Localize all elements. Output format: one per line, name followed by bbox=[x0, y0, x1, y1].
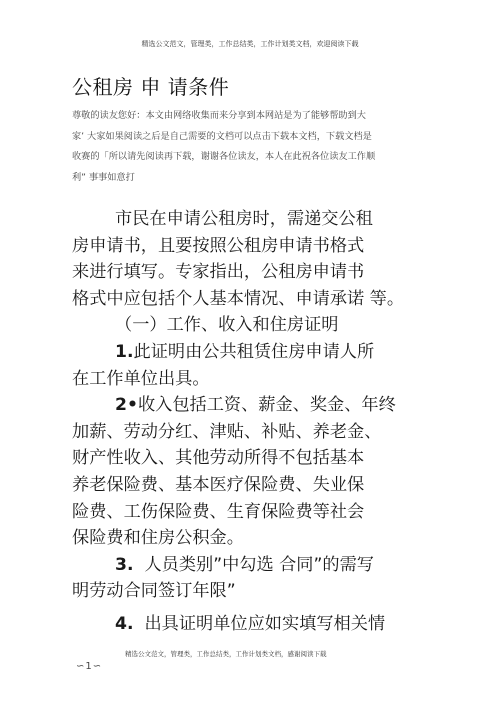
item-text: 人员类别”中勾选 合同”的需写 bbox=[144, 555, 374, 575]
item-text: 收入包括工资、薪金、奖金、年终 bbox=[138, 395, 396, 415]
item-number: 2• bbox=[115, 395, 138, 415]
body-line: 财产性收入、其他劳动所得不包括基本 bbox=[72, 445, 462, 472]
body-line: 在工作单位出具。 bbox=[72, 366, 462, 393]
item-number: 1. bbox=[115, 342, 134, 362]
body-line: 来进行填写。专家指出，公租房申请书 bbox=[72, 259, 462, 286]
item-number: 4. bbox=[115, 614, 134, 634]
document-title: 公租房 申 请条件 bbox=[72, 71, 229, 100]
body-line: 房申请书，且要按照公租房申请书格式 bbox=[72, 233, 462, 260]
page-number: ∽1∽ bbox=[76, 661, 102, 672]
section-heading: （一）工作、收入和住房证明 bbox=[72, 312, 462, 339]
intro-line: 收赛的「所以请先阅读再下载，谢谢各位读友，本人在此祝各位读友工作顺 bbox=[72, 147, 402, 168]
item-number: 3. bbox=[115, 555, 134, 575]
intro-paragraph: 尊敬的读友您好：本文由网络收集而来分享到本网站是为了能够帮助到大 家’ 大家如果… bbox=[72, 106, 402, 188]
intro-line: 家’ 大家如果阅读之后是自己需要的文档可以点击下载本文档，下载文档是 bbox=[72, 127, 402, 148]
list-item-4: 4. 出具证明单位应如实填写相关情 bbox=[72, 611, 462, 638]
body-line: 保险费和住房公积金。 bbox=[72, 525, 462, 552]
item-text: 此证明由公共租赁住房申请人所 bbox=[134, 342, 375, 362]
document-page: 精选公文范文，管理类，工作总结类，工作计划类文档，欢迎阅读下载 公租房 申 请条… bbox=[0, 0, 500, 708]
intro-line: 利” 事事如意打 bbox=[72, 168, 402, 189]
body-line: 加薪、劳动分红、津贴、补贴、养老金、 bbox=[72, 419, 462, 446]
body-line: 明劳动合同签订年限” bbox=[72, 578, 462, 605]
list-item-3: 3. 人员类别”中勾选 合同”的需写 bbox=[72, 552, 462, 579]
list-item-1: 1.此证明由公共租赁住房申请人所 bbox=[72, 339, 462, 366]
body-line: 格式中应包括个人基本情况、申请承诺 等。 bbox=[72, 286, 462, 313]
footer-note: 精选公文范文，管理类，工作总结类，工作计划类文档，感谢阅读下载 bbox=[125, 649, 327, 658]
body-line: 市民在申请公租房时，需递交公租 bbox=[72, 206, 462, 233]
body-line: 养老保险费、基本医疗保险费、失业保 bbox=[72, 472, 462, 499]
header-note: 精选公文范文，管理类，工作总结类，工作计划类文档，欢迎阅读下载 bbox=[0, 39, 500, 49]
list-item-2: 2•收入包括工资、薪金、奖金、年终 bbox=[72, 392, 462, 419]
item-text: 出具证明单位应如实填写相关情 bbox=[144, 614, 385, 634]
body-text: 市民在申请公租房时，需递交公租 房申请书，且要按照公租房申请书格式 来进行填写。… bbox=[72, 206, 462, 638]
intro-line: 尊敬的读友您好：本文由网络收集而来分享到本网站是为了能够帮助到大 bbox=[72, 106, 402, 127]
body-line: 险费、工伤保险费、生育保险费等社会 bbox=[72, 499, 462, 526]
